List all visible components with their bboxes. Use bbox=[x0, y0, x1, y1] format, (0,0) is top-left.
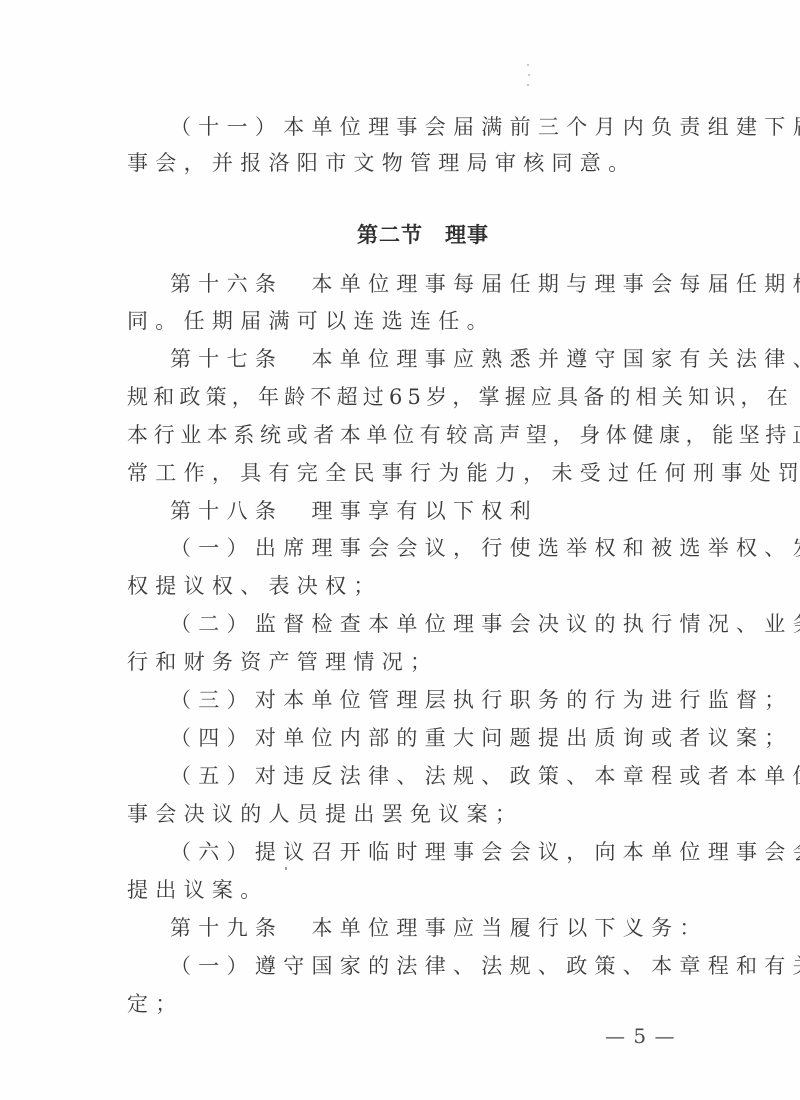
text-line: （五）对违反法律、法规、政策、本章程或者本单位理 bbox=[170, 761, 800, 791]
text-line: 第十七条 本单位理事应熟悉并遵守国家有关法律、法 bbox=[170, 344, 800, 374]
scan-artifact bbox=[527, 60, 530, 90]
text-line: 同。任期届满可以连选连任。 bbox=[127, 306, 495, 336]
text-line: （三）对本单位管理层执行职务的行为进行监督； bbox=[170, 685, 793, 715]
text-line: （一）出席理事会会议，行使选举权和被选举权、发言 bbox=[170, 533, 800, 563]
page-number: — 5 — bbox=[605, 1024, 675, 1048]
text-line: 第十九条 本单位理事应当履行以下义务： bbox=[170, 913, 708, 943]
text-line: 规和政策，年龄不超过65岁，掌握应具备的相关知识，在 bbox=[127, 382, 793, 412]
text-line: 提出议案。 bbox=[127, 875, 269, 905]
text-line: 本行业本系统或者本单位有较高声望，身体健康，能坚持正 bbox=[127, 420, 800, 450]
text-line: （四）对单位内部的重大问题提出质询或者议案； bbox=[170, 723, 793, 753]
text-line: （二）监督检查本单位理事会决议的执行情况、业务运 bbox=[170, 609, 800, 639]
text-line: 事会，并报洛阳市文物管理局审核同意。 bbox=[127, 148, 636, 178]
section-heading: 第二节 理事 bbox=[357, 220, 489, 250]
text-line: 定； bbox=[127, 989, 184, 1019]
text-line: 行和财务资产管理情况； bbox=[127, 647, 438, 677]
text-line: （一）遵守国家的法律、法规、政策、本章程和有关规 bbox=[170, 951, 800, 981]
text-line: （六）提议召开临时理事会会议，向本单位理事会会议 bbox=[170, 837, 800, 867]
scan-artifact bbox=[285, 867, 287, 870]
text-line: 第十六条 本单位理事每届任期与理事会每届任期相 bbox=[170, 269, 800, 299]
text-line: 第十八条 理事享有以下权利 bbox=[170, 496, 538, 526]
text-line: （十一）本单位理事会届满前三个月内负责组建下届理 bbox=[170, 112, 800, 142]
text-line: 常工作，具有完全民事行为能力，未受过任何刑事处罚。 bbox=[127, 458, 800, 488]
text-line: 事会决议的人员提出罢免议案； bbox=[127, 799, 523, 829]
text-line: 权提议权、表决权； bbox=[127, 571, 382, 601]
document-page: 第二节 理事 （十一）本单位理事会届满前三个月内负责组建下届理 事会，并报洛阳市… bbox=[0, 0, 800, 1100]
